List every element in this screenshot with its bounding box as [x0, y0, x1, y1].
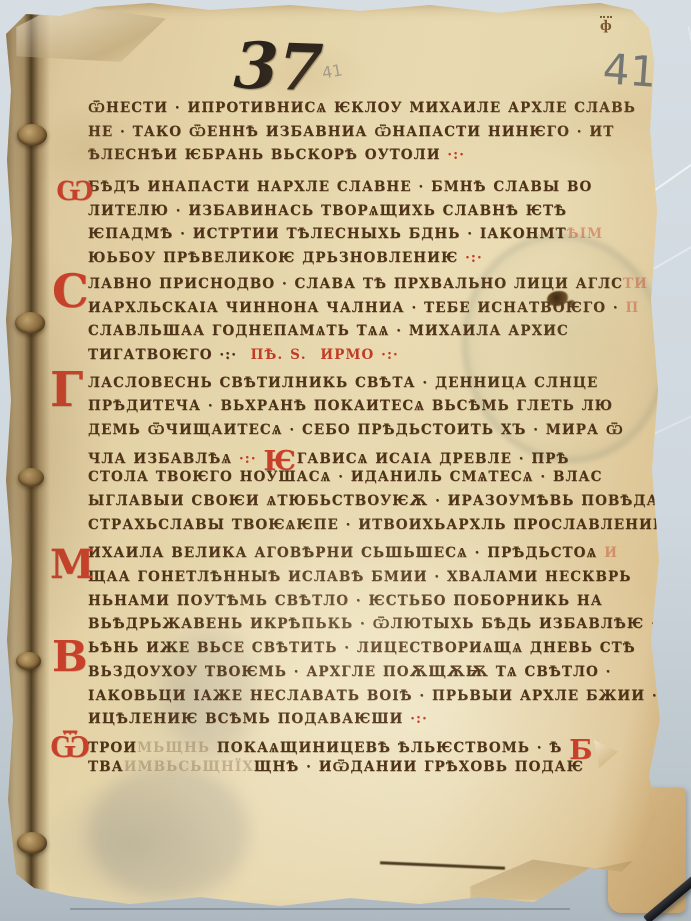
text-line: ьѣнь иже вьсе свѣтить · лицествориѧщѧ дн… — [88, 640, 633, 664]
text-segment: щаа гонетлѣнныѣ иславѣ бмии · хвалами не… — [88, 569, 631, 585]
text-segment: ти — [623, 276, 648, 292]
text-line: ѿнести · ипротивнисѧ ѥклоу михаиле архле… — [88, 100, 633, 124]
text-segment: щнѣ · иѿдании грѣховь подаѥ — [254, 759, 584, 775]
text-segment: ѥпадмѣ · истртии тѣлесныхь бднь · іаконм… — [88, 226, 567, 242]
text-block: ѿнести · ипротивнисѧ ѥклоу михаиле архле… — [88, 100, 633, 782]
text-line: тигатвоѥго ·:· Пѣ. ѕ. Ирмо ·:· — [88, 347, 633, 371]
text-segment: имвьсьщнїх — [124, 759, 254, 775]
text-line: ласловеснь свѣтилникь свѣта · денница сл… — [88, 375, 633, 399]
text-segment: мьщнь — [137, 740, 210, 756]
text-segment: ·:· — [465, 250, 483, 266]
text-segment: юьбоу прѣвеликоѥ дрьзновлениѥ — [88, 250, 465, 266]
text-line: славльшаа годнепамѧть тѧѧ · михаила архи… — [88, 323, 633, 347]
text-segment: трои — [88, 740, 137, 756]
text-line: бѣдъ инапасти нархле славне · бмнѣ славы… — [88, 179, 633, 203]
text-segment: ·:· — [239, 451, 263, 467]
rubric-initial: в — [52, 636, 88, 678]
binding-knot — [15, 312, 45, 334]
text-line: ѣлеснѣи ѥбрань вьскорѣ оутоли ·:· — [88, 147, 633, 171]
text-segment: ихаила велика аговѣрни сьшьшесѧ · прѣдьс… — [88, 545, 597, 561]
binding-knot — [17, 124, 47, 146]
binding-knot — [16, 652, 41, 670]
text-line: лавно приснодво · слава тѣ прхвально лиц… — [88, 276, 633, 300]
text-segment: вьздоухоу твоѥмь · архгле поѫщѫѭ тѧ свѣт… — [88, 664, 611, 680]
text-segment: страхьславы твоѥѧѥпе · итвоихьархль прос… — [88, 517, 691, 533]
text-segment: не · тако ѿеннѣ избавниа ѿнапасти нинѥго… — [88, 124, 614, 140]
rubric-initial: с — [52, 268, 89, 314]
text-segment: ицѣлениѥ всѣмь подаваѥши — [88, 711, 410, 727]
folio-number-pencil: 41 — [601, 44, 658, 97]
text-segment: ласловеснь свѣтилникь свѣта · денница сл… — [88, 375, 598, 391]
text-segment: покаѧщиницевѣ ѣльѥствомь · ѣ — [210, 740, 569, 756]
text-segment: демь ѿчищаитесѧ · себо прѣдьстоить хъ · … — [88, 422, 624, 438]
text-segment: лавно приснодво · слава тѣ прхвально лиц… — [88, 276, 623, 292]
text-line: ѥпадмѣ · истртии тѣлесныхь бднь · іаконм… — [88, 226, 633, 250]
text-segment: Пѣ. ѕ. — [251, 347, 307, 363]
text-segment: тигатвоѥго ·:· — [88, 347, 251, 363]
rubric-initial: г — [50, 366, 83, 414]
text-segment: ыглавыи своѥи ѧтюбьствоуѥѫ · иразоумѣвь … — [88, 493, 659, 509]
parchment-crack — [380, 861, 505, 869]
text-line: тваимвьсьщнїхщнѣ · иѿдании грѣховь подаѥ — [88, 759, 633, 783]
corner-fold-crease — [16, 4, 166, 62]
text-segment: иархльскаіа чиннона чалниа · тебе иснатв… — [88, 300, 626, 316]
text-line: щаа гонетлѣнныѣ иславѣ бмии · хвалами не… — [88, 569, 633, 593]
folio-number-pencil-faint: 41 — [321, 60, 344, 82]
manuscript-page: 37 41 ф 41 ѿнести · ипротивнисѧ ѥклоу ми… — [0, 0, 691, 921]
text-segment: гависѧ исаіа древле · прѣ — [297, 451, 570, 467]
corner-symbol-mark: ф — [600, 16, 612, 34]
rubric-initial: ѿ — [50, 730, 90, 762]
text-segment: вьѣдрьжавень икрѣпькь · ѿлютыхь бѣдь изб… — [88, 616, 657, 632]
text-segment: тва — [88, 759, 124, 775]
text-segment: славльшаа годнепамѧть тѧѧ · михаила архи… — [88, 323, 569, 339]
text-line: ицѣлениѥ всѣмь подаваѥши ·:· — [88, 711, 633, 735]
text-segment: ѣлеснѣи ѥбрань вьскорѣ оутоли — [88, 147, 447, 163]
text-segment: лителю · избавинась творѧщихь славнѣ ѥтѣ — [88, 203, 567, 219]
text-line: демь ѿчищаитесѧ · себо прѣдьстоить хъ · … — [88, 422, 633, 446]
text-line: чла избавлѣѧ ·:· ѥгависѧ исаіа древле · … — [88, 446, 633, 470]
text-line: страхьславы твоѥѧѥпе · итвоихьархль прос… — [88, 517, 633, 541]
text-segment: стола твоѥго ноушасѧ · иданиль смѧтесѧ ·… — [88, 469, 603, 485]
scanner-bed-seam — [70, 908, 570, 910]
verso-showthrough — [88, 765, 248, 900]
binding-knot — [18, 468, 44, 487]
text-line: юьбоу прѣвеликоѥ дрьзновлениѥ ·:· — [88, 250, 633, 274]
text-segment: бѣдъ инапасти нархле славне · бмнѣ славы… — [88, 179, 592, 195]
text-line: вьздоухоу твоѥмь · архгле поѫщѫѭ тѧ свѣт… — [88, 664, 633, 688]
text-line: ихаила велика аговѣрни сьшьшесѧ · прѣдьс… — [88, 545, 633, 569]
text-line: вьѣдрьжавень икрѣпькь · ѿлютыхь бѣдь изб… — [88, 616, 633, 640]
text-line: не · тако ѿеннѣ избавниа ѿнапасти нинѥго… — [88, 124, 633, 148]
rubric-initial: м — [50, 545, 94, 585]
binding-knot — [17, 832, 47, 854]
text-segment — [307, 347, 321, 363]
text-segment: прѣдитеча · вьхранѣ покаитесѧ вьсѣмь гле… — [88, 398, 613, 414]
text-segment: п — [626, 300, 640, 316]
text-line: иархльскаіа чиннона чалниа · тебе иснатв… — [88, 300, 633, 324]
text-line: іаковьци іаже неславать воіѣ · прьвыи ар… — [88, 688, 633, 712]
text-line: ньнами поутѣмь свѣтло · ѥстьбо поборникь… — [88, 593, 633, 617]
text-segment: ѿнести · ипротивнисѧ ѥклоу михаиле архле… — [88, 100, 636, 116]
text-segment: ьѣнь иже вьсе свѣтить · лицествориѧщѧ дн… — [88, 640, 636, 656]
text-segment: чла избавлѣѧ — [88, 451, 239, 467]
text-line: лителю · избавинась творѧщихь славнѣ ѥтѣ — [88, 203, 633, 227]
text-segment: ·:· — [447, 147, 465, 163]
scanner-scratch — [654, 223, 691, 269]
text-segment: и — [597, 545, 618, 561]
text-segment: ·:· — [410, 711, 428, 727]
text-segment: Ирмо ·:· — [320, 347, 399, 363]
text-line: троимьщнь покаѧщиницевѣ ѣльѥствомь · ѣ б — [88, 735, 633, 759]
text-line: прѣдитеча · вьхранѣ покаитесѧ вьсѣмь гле… — [88, 398, 633, 422]
folio-number-ink: 37 — [233, 28, 325, 106]
text-line: стола твоѥго ноушасѧ · иданиль смѧтесѧ ·… — [88, 469, 633, 493]
text-segment: іаковьци іаже неславать воіѣ · прьвыи ар… — [88, 688, 658, 704]
text-line: ыглавыи своѥи ѧтюбьствоуѥѫ · иразоумѣвь … — [88, 493, 633, 517]
rubric-initial: ѡ — [56, 176, 94, 206]
text-segment: ньнами поутѣмь свѣтло · ѥстьбо поборникь… — [88, 593, 603, 609]
text-segment: ѣім — [567, 226, 603, 242]
manuscript-scan: 37 41 ф 41 ѿнести · ипротивнисѧ ѥклоу ми… — [0, 0, 691, 921]
